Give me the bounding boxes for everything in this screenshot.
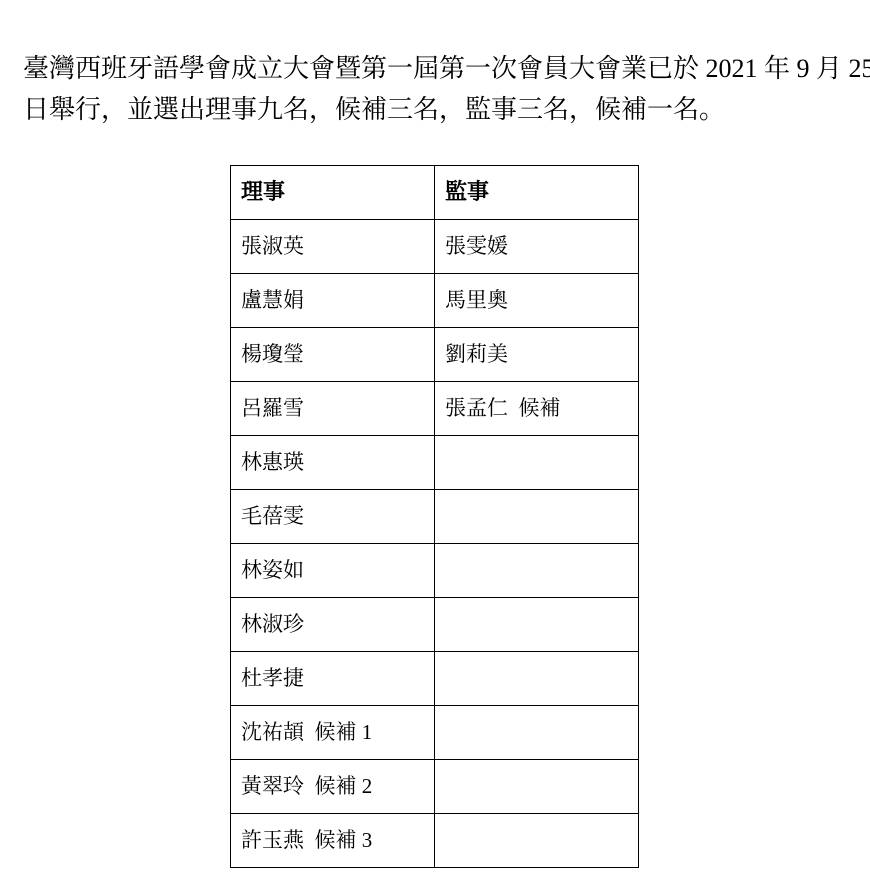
intro-paragraph: 臺灣西班牙語學會成立大會暨第一屆第一次會員大會業已於 2021 年 9 月 25… (23, 48, 847, 130)
table-cell (435, 706, 639, 760)
col-header-supervisors: 監事 (435, 166, 639, 220)
table-cell (435, 598, 639, 652)
header-row: 理事 監事 (231, 166, 639, 220)
table-row: 盧慧娟馬里奧 (231, 274, 639, 328)
officers-table-body: 張淑英張雯媛盧慧娟馬里奧楊瓊瑩劉莉美呂羅雪張孟仁 候補林惠瑛毛蓓雯林姿如林淑珍杜… (231, 220, 639, 868)
table-cell: 許玉燕 候補 3 (231, 814, 435, 868)
table-row: 林淑珍 (231, 598, 639, 652)
table-cell: 張雯媛 (435, 220, 639, 274)
table-cell: 林淑珍 (231, 598, 435, 652)
table-row: 呂羅雪張孟仁 候補 (231, 382, 639, 436)
table-cell (435, 814, 639, 868)
table-cell (435, 760, 639, 814)
table-cell: 張孟仁 候補 (435, 382, 639, 436)
table-cell: 盧慧娟 (231, 274, 435, 328)
table-cell: 林姿如 (231, 544, 435, 598)
table-cell: 呂羅雪 (231, 382, 435, 436)
table-cell: 張淑英 (231, 220, 435, 274)
table-cell (435, 544, 639, 598)
table-row: 林姿如 (231, 544, 639, 598)
table-cell: 楊瓊瑩 (231, 328, 435, 382)
col-header-directors: 理事 (231, 166, 435, 220)
table-cell: 沈祐頡 候補 1 (231, 706, 435, 760)
table-row: 毛蓓雯 (231, 490, 639, 544)
table-row: 沈祐頡 候補 1 (231, 706, 639, 760)
table-row: 杜孝捷 (231, 652, 639, 706)
table-cell: 馬里奧 (435, 274, 639, 328)
table-cell (435, 652, 639, 706)
table-cell (435, 490, 639, 544)
paragraph-line-1: 臺灣西班牙語學會成立大會暨第一屆第一次會員大會業已於 2021 年 9 月 25 (23, 48, 847, 89)
officers-table-head: 理事 監事 (231, 166, 639, 220)
table-row: 許玉燕 候補 3 (231, 814, 639, 868)
table-cell: 劉莉美 (435, 328, 639, 382)
table-row: 黃翠玲 候補 2 (231, 760, 639, 814)
table-row: 林惠瑛 (231, 436, 639, 490)
table-cell: 黃翠玲 候補 2 (231, 760, 435, 814)
paragraph-line-2: 日舉行，並選出理事九名，候補三名，監事三名，候補一名。 (23, 89, 847, 130)
table-row: 張淑英張雯媛 (231, 220, 639, 274)
table-cell: 林惠瑛 (231, 436, 435, 490)
table-cell: 杜孝捷 (231, 652, 435, 706)
table-cell: 毛蓓雯 (231, 490, 435, 544)
table-row: 楊瓊瑩劉莉美 (231, 328, 639, 382)
officers-table: 理事 監事 張淑英張雯媛盧慧娟馬里奧楊瓊瑩劉莉美呂羅雪張孟仁 候補林惠瑛毛蓓雯林… (230, 165, 639, 868)
table-cell (435, 436, 639, 490)
